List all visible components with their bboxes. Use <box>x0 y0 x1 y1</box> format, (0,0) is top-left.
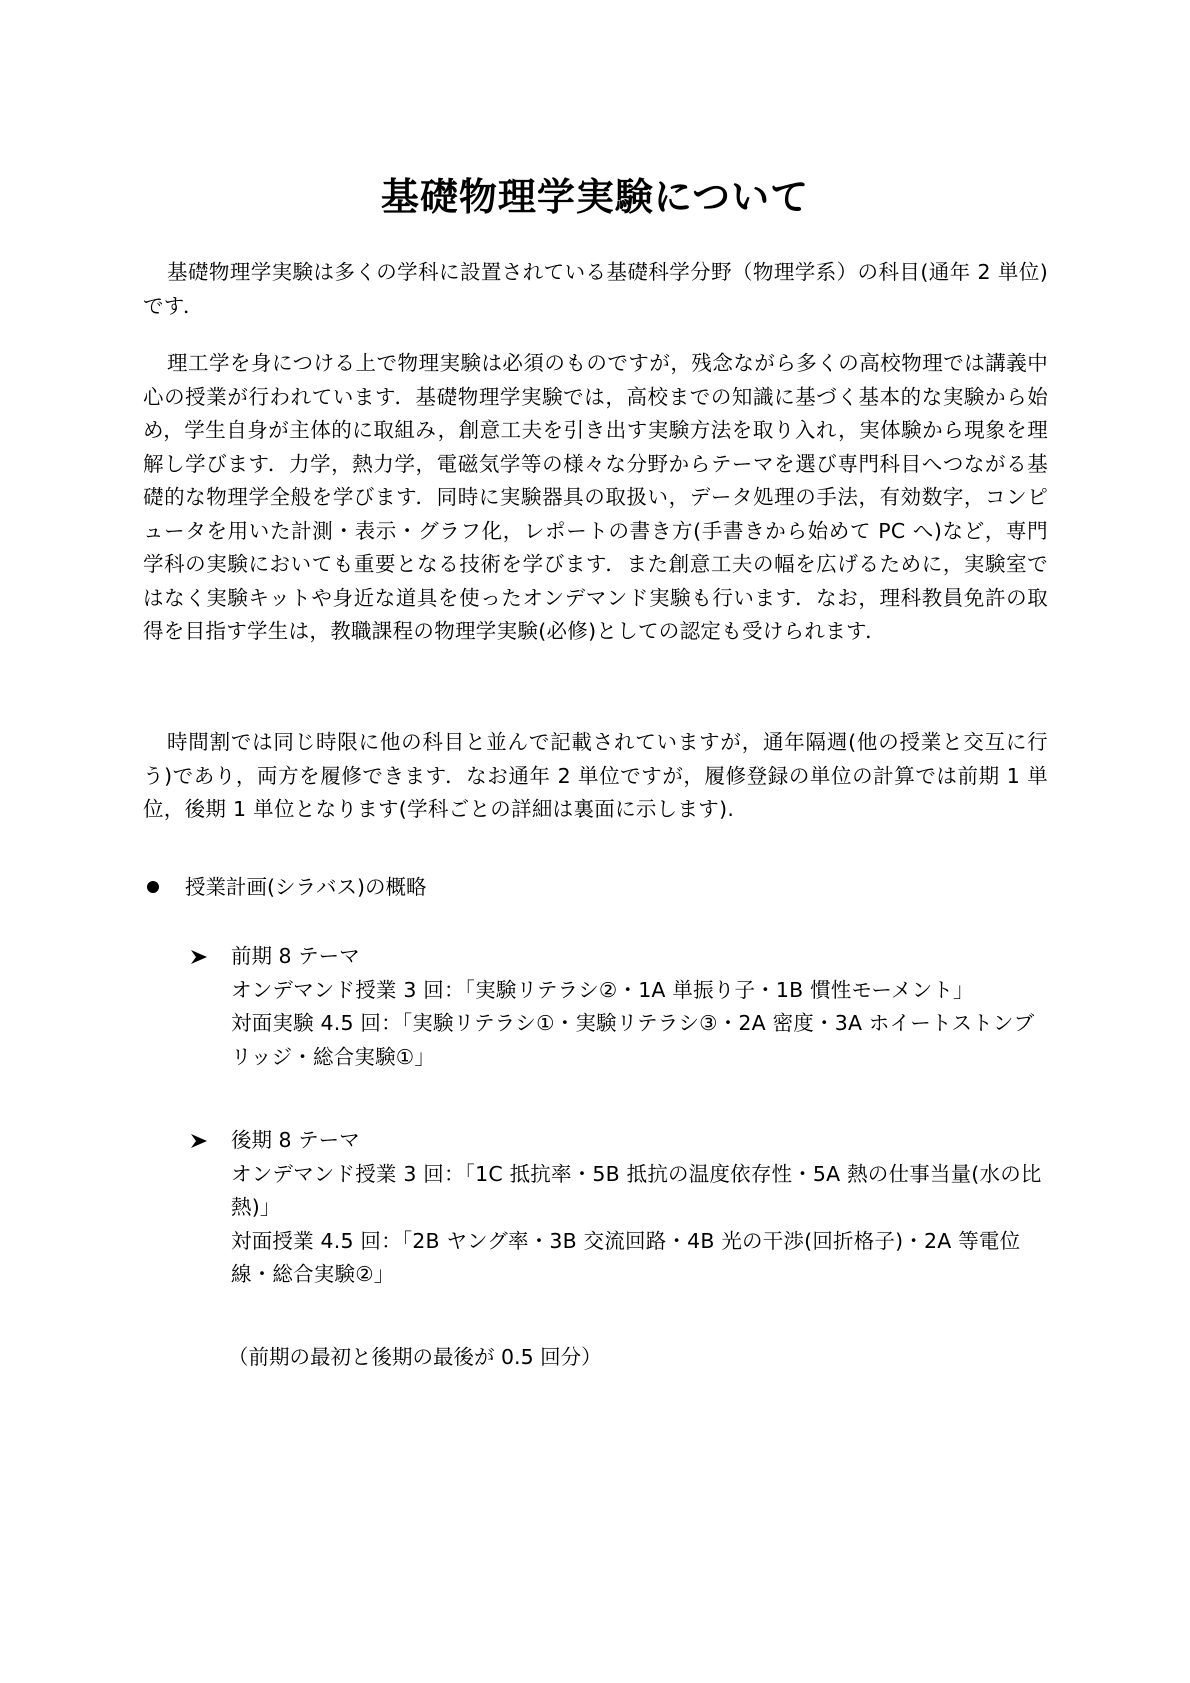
term-line: 対面実験 4.5 回：「実験リテラシ①・実験リテラシ③・2A 密度・3A ホイー… <box>183 1007 1048 1074</box>
syllabus-heading: 授業計画(シラバス)の概略 <box>185 870 427 904</box>
term-line: オンデマンド授業 3 回：「1C 抵抗率・5B 抵抗の温度依存性・5A 熱の仕事… <box>183 1158 1048 1225</box>
arrowhead-icon <box>189 947 209 967</box>
intro-paragraph: 基礎物理学実験は多くの学科に設置されている基礎科学分野（物理学系）の科目(通年 … <box>143 256 1048 323</box>
term-heading: 後期 8 テーマ <box>231 1124 360 1158</box>
term-line: オンデマンド授業 3 回：「実験リテラシ②・1A 単振り子・1B 慣性モーメント… <box>183 974 1048 1008</box>
term-line: 対面授業 4.5 回：「2B ヤング率・3B 交流回路・4B 光の干渉(回折格子… <box>183 1225 1048 1292</box>
description-paragraph: 理工学を身につける上で物理実験は必須のものですが，残念ながら多くの高校物理では講… <box>143 347 1048 649</box>
term-second-half: 後期 8 テーマ オンデマンド授業 3 回：「1C 抵抗率・5B 抵抗の温度依存… <box>183 1124 1048 1292</box>
bullet-icon <box>147 881 159 893</box>
document-page: 基礎物理学実験について 基礎物理学実験は多くの学科に設置されている基礎科学分野（… <box>0 0 1190 1683</box>
syllabus-heading-row: 授業計画(シラバス)の概略 <box>143 870 427 904</box>
schedule-paragraph: 時間割では同じ時限に他の科目と並んで記載されていますが，通年隔週(他の授業と交互… <box>143 726 1048 827</box>
term-first-half: 前期 8 テーマ オンデマンド授業 3 回：「実験リテラシ②・1A 単振り子・1… <box>183 940 1048 1074</box>
term-heading: 前期 8 テーマ <box>231 940 360 974</box>
page-title: 基礎物理学実験について <box>0 172 1190 222</box>
syllabus-note: （前期の最初と後期の最後が 0.5 回分） <box>228 1340 602 1374</box>
arrowhead-icon <box>189 1131 209 1151</box>
